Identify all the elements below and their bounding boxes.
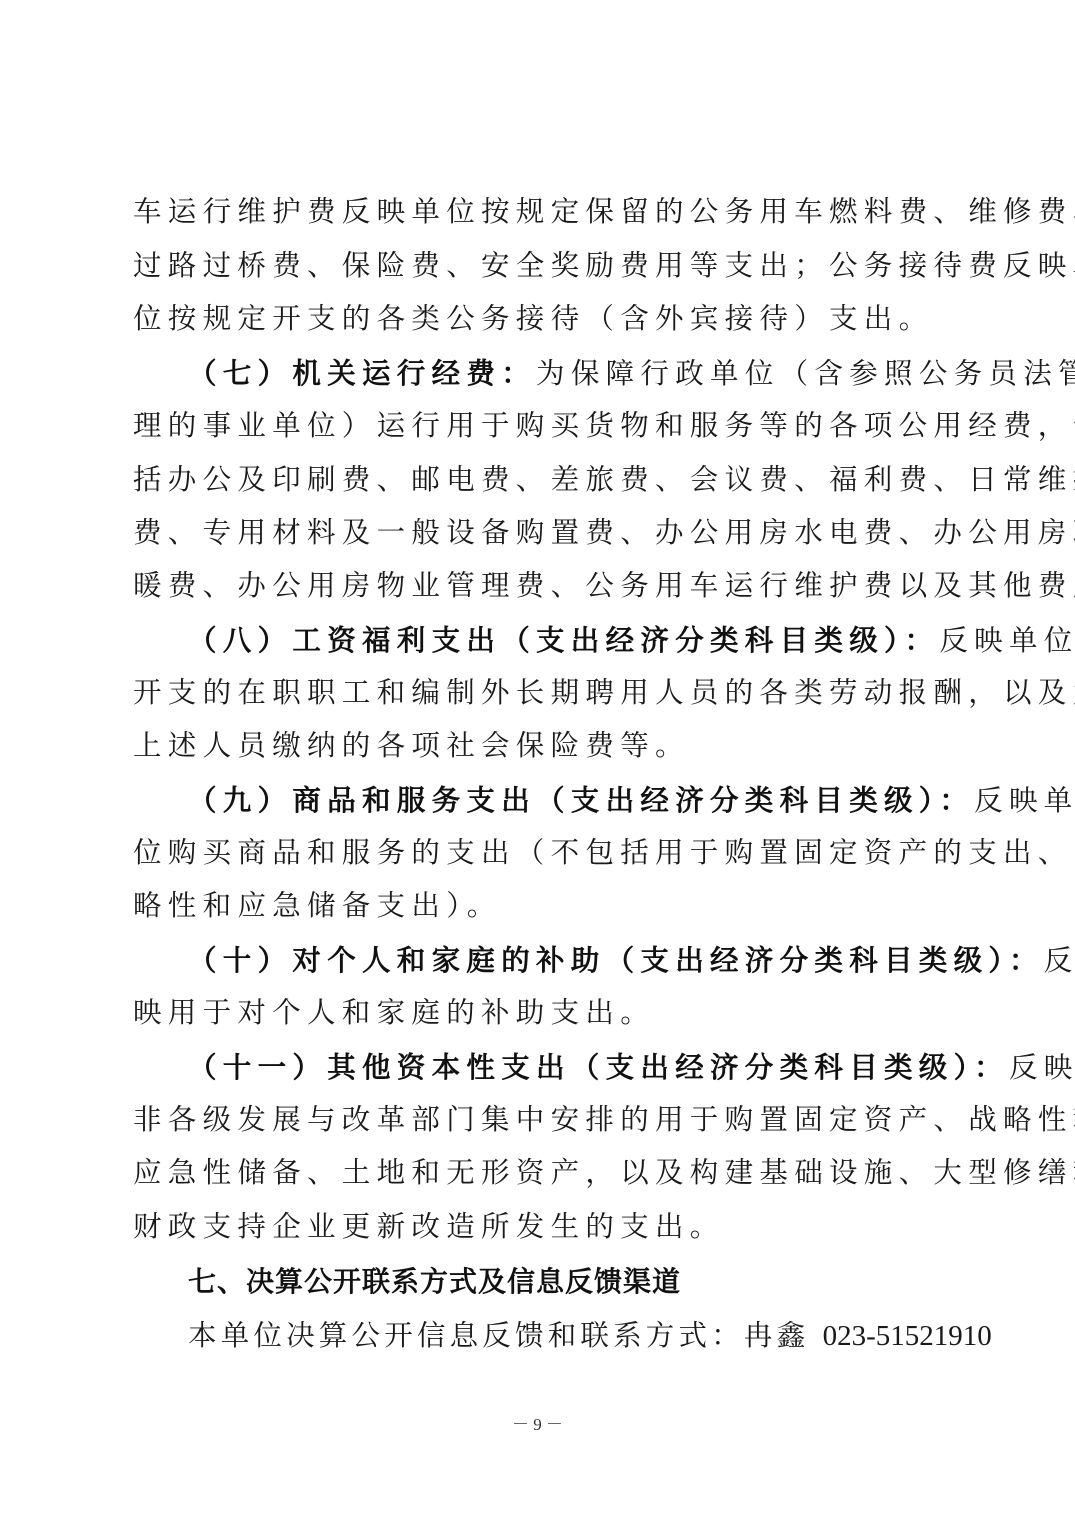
paragraph-line: 过路过桥费、保险费、安全奖励费用等支出；公务接待费反映单 xyxy=(133,246,948,286)
section-7-title: （七）机关运行经费： xyxy=(188,356,536,390)
contact-phone: 023-51521910 xyxy=(823,1320,992,1352)
paragraph-line: 非各级发展与改革部门集中安排的用于购置固定资产、战略性和 xyxy=(133,1100,948,1140)
section-heading: 七、决算公开联系方式及信息反馈渠道 xyxy=(188,1262,681,1302)
section-9-title: （九）商品和服务支出（支出经济分类科目类级）： xyxy=(188,783,974,817)
paragraph-line: 应急性储备、土地和无形资产，以及构建基础设施、大型修缮和 xyxy=(133,1153,948,1193)
section-10-title: （十）对个人和家庭的补助（支出经济分类科目类级）： xyxy=(188,943,1044,977)
contact-label: 本单位决算公开信息反馈和联系方式：冉鑫 xyxy=(188,1319,809,1352)
section-11-first-line: （十一）其他资本性支出（支出经济分类科目类级）：反映 xyxy=(188,1047,948,1087)
paragraph-line: 开支的在职职工和编制外长期聘用人员的各类劳动报酬，以及为 xyxy=(133,673,948,713)
section-11-title: （十一）其他资本性支出（支出经济分类科目类级）： xyxy=(188,1050,1009,1084)
section-8-title: （八）工资福利支出（支出经济分类科目类级）： xyxy=(188,623,939,657)
section-9-text: 反映单 xyxy=(974,784,1075,817)
paragraph-line: 理的事业单位）运行用于购买货物和服务等的各项公用经费，包 xyxy=(133,406,948,446)
paragraph-line: 位按规定开支的各类公务接待（含外宾接待）支出。 xyxy=(133,299,948,339)
section-11-text: 反映 xyxy=(1009,1051,1075,1084)
paragraph-line: 上述人员缴纳的各项社会保险费等。 xyxy=(133,726,948,766)
section-7-text: 为保障行政单位（含参照公务员法管 xyxy=(536,357,1075,390)
section-10-first-line: （十）对个人和家庭的补助（支出经济分类科目类级）：反 xyxy=(188,940,948,980)
paragraph-line: 映用于对个人和家庭的补助支出。 xyxy=(133,993,948,1033)
paragraph-line: 略性和应急储备支出）。 xyxy=(133,886,948,926)
paragraph-line: 位购买商品和服务的支出（不包括用于购置固定资产的支出、战 xyxy=(133,833,948,873)
section-8-first-line: （八）工资福利支出（支出经济分类科目类级）：反映单位 xyxy=(188,620,948,660)
page-number: － 9 － xyxy=(0,1410,1075,1435)
section-8-text: 反映单位 xyxy=(939,624,1075,657)
document-page: 车运行维护费反映单位按规定保留的公务用车燃料费、维修费、 过路过桥费、保险费、安… xyxy=(0,0,1075,1520)
section-9-first-line: （九）商品和服务支出（支出经济分类科目类级）：反映单 xyxy=(188,780,948,820)
paragraph-line: 财政支持企业更新改造所发生的支出。 xyxy=(133,1207,948,1247)
paragraph-line: 车运行维护费反映单位按规定保留的公务用车燃料费、维修费、 xyxy=(133,192,948,232)
contact-line: 本单位决算公开信息反馈和联系方式：冉鑫 023-51521910 xyxy=(188,1316,948,1356)
paragraph-line: 暖费、办公用房物业管理费、公务用车运行维护费以及其他费用。 xyxy=(133,566,948,606)
paragraph-line: 费、专用材料及一般设备购置费、办公用房水电费、办公用房取 xyxy=(133,513,948,553)
section-10-text: 反 xyxy=(1044,944,1075,977)
paragraph-line: 括办公及印刷费、邮电费、差旅费、会议费、福利费、日常维护 xyxy=(133,460,948,500)
section-7-first-line: （七）机关运行经费：为保障行政单位（含参照公务员法管 xyxy=(188,353,948,393)
